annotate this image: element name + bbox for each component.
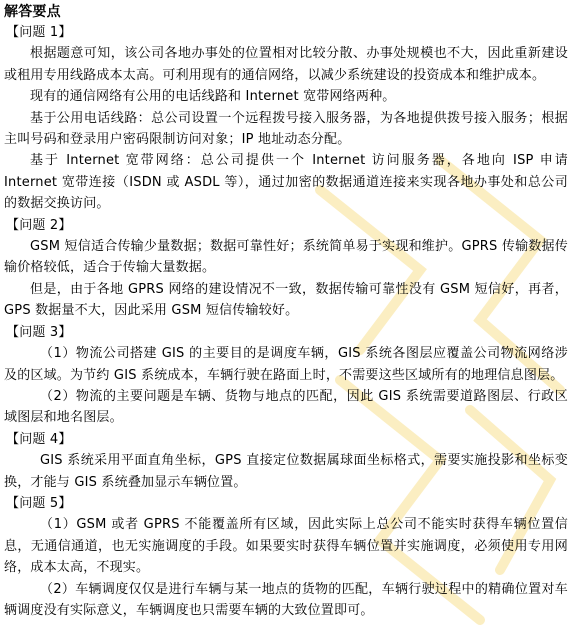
question-1-heading: 【问题 1】 <box>4 22 568 43</box>
q2-paragraph-1: GSM 短信适合传输少量数据；数据可靠性好；系统简单易于实现和维护。GPRS 传… <box>4 236 568 279</box>
q1-paragraph-2: 现有的通信网络有公用的电话线路和 Internet 宽带网络两种。 <box>4 86 568 107</box>
q5-paragraph-2: （2）车辆调度仅仅是进行车辆与某一地点的货物的匹配，车辆行驶过程中的精确位置对车… <box>4 579 568 622</box>
question-4-heading: 【问题 4】 <box>4 429 568 450</box>
answer-document: 解答要点 【问题 1】 根据题意可知，该公司各地办事处的位置相对比较分散、办事处… <box>0 0 574 621</box>
q5-paragraph-1: （1）GSM 或者 GPRS 不能覆盖所有区域，因此实际上总公司不能实时获得车辆… <box>4 514 568 578</box>
q3-paragraph-1: （1）物流公司搭建 GIS 的主要目的是调度车辆，GIS 系统各图层应覆盖公司物… <box>4 343 568 386</box>
q3-paragraph-2: （2）物流的主要问题是车辆、货物与地点的匹配，因此 GIS 系统需要道路图层、行… <box>4 386 568 429</box>
q1-paragraph-1: 根据题意可知，该公司各地办事处的位置相对比较分散、办事处规模也不大，因此重新建设… <box>4 43 568 86</box>
question-2-heading: 【问题 2】 <box>4 215 568 236</box>
q1-paragraph-3: 基于公用电话线路：总公司设置一个远程拨号接入服务器，为各地提供拨号接入服务；根据… <box>4 108 568 151</box>
q4-paragraph-1: GIS 系统采用平面直角坐标，GPS 直接定位数据属球面坐标格式，需要实施投影和… <box>4 450 568 493</box>
question-5-heading: 【问题 5】 <box>4 493 568 514</box>
question-3-heading: 【问题 3】 <box>4 322 568 343</box>
q2-paragraph-2: 但是，由于各地 GPRS 网络的建设情况不一致，数据传输可靠性没有 GSM 短信… <box>4 279 568 322</box>
page-title: 解答要点 <box>4 2 568 22</box>
q1-paragraph-4: 基于 Internet 宽带网络：总公司提供一个 Internet 访问服务器，… <box>4 150 568 214</box>
